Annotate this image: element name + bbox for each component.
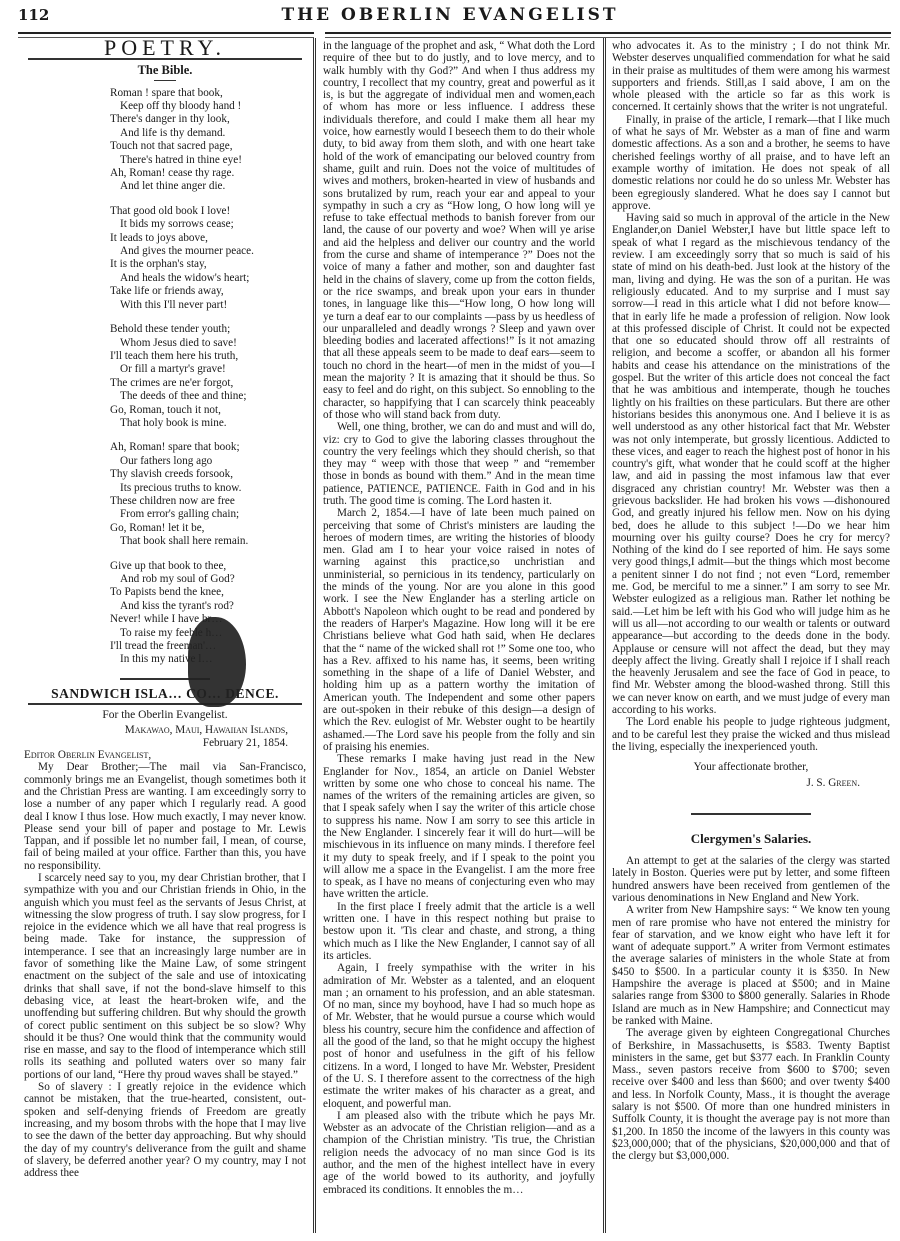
poem-line: To Papists bend the knee, [110, 586, 306, 599]
poem-title-rule [154, 80, 176, 81]
poem-line: Ah, Roman! cease thy rage. [110, 167, 306, 180]
paragraph: The average given by eighteen Congregati… [612, 1027, 890, 1162]
poem-line: Or fill a martyr's grave! [110, 363, 306, 376]
poem-line: And kiss the tyrant's rod? [110, 600, 306, 613]
column-1: POETRY. The Bible. Roman ! spare that bo… [24, 40, 306, 1179]
correspondence-divider [28, 703, 302, 705]
poem-line: That good old book I love! [110, 205, 306, 218]
paragraph: A writer from New Hampshire says: “ We k… [612, 904, 890, 1027]
dateline-place: Makawao, Maui, Hawaiian Islands, [24, 724, 306, 736]
paragraph: March 2, 1854.—I have of late been much … [323, 507, 595, 753]
poem-line: Behold these tender youth; [110, 323, 306, 336]
column-3: who advocates it. As to the ministry ; I… [612, 40, 890, 1163]
poem-line: Keep off thy bloody hand ! [110, 100, 306, 113]
salaries-article-body: An attempt to get at the salaries of the… [612, 855, 890, 1162]
paragraph: An attempt to get at the salaries of the… [612, 855, 890, 904]
poem-line: Whom Jesus died to save! [110, 337, 306, 350]
poem-line: And let thine anger die. [110, 180, 306, 193]
salaries-article-title: Clergymen's Salaries. [612, 833, 890, 845]
paragraph: I scarcely need say to you, my dear Chri… [24, 872, 306, 1081]
poem-line: Go, Roman! let it be, [110, 522, 306, 535]
letter-body-col1: My Dear Brother;—The mail via San-Franci… [24, 761, 306, 1179]
paragraph: Finally, in praise of the article, I rem… [612, 114, 890, 212]
column-divider-1 [313, 38, 316, 1233]
poem-line: These children now are free [110, 495, 306, 508]
poem-line: There's danger in thy look, [110, 113, 306, 126]
poem-line: Go, Roman, touch it not, [110, 404, 306, 417]
poem-stanza: Ah, Roman! spare that book;Our fathers l… [110, 441, 306, 548]
paragraph: who advocates it. As to the ministry ; I… [612, 40, 890, 114]
poem-line: Thy slavish creeds forsook, [110, 468, 306, 481]
paragraph: My Dear Brother;—The mail via San-Franci… [24, 761, 306, 872]
column-2: in the language of the prophet and ask, … [323, 40, 595, 1196]
poetry-section-title: POETRY. [24, 42, 306, 54]
signature: J. S. Green. [612, 777, 890, 789]
poem-line: It leads to joys above, [110, 232, 306, 245]
poem-line: It is the orphan's stay, [110, 258, 306, 271]
poem-line: Roman ! spare that book, [110, 87, 306, 100]
ink-blot [188, 617, 246, 707]
paragraph: The Lord enable his people to judge righ… [612, 716, 890, 753]
letter-body-col2: in the language of the prophet and ask, … [323, 40, 595, 1196]
poem-line: The crimes are ne'er forgot, [110, 377, 306, 390]
paragraph: These remarks I make having just read in… [323, 753, 595, 901]
paragraph: So of slavery : I greatly rejoice in the… [24, 1081, 306, 1179]
poem-line: Ah, Roman! spare that book; [110, 441, 306, 454]
poem-line: I'll teach them here his truth, [110, 350, 306, 363]
for-line: For the Oberlin Evangelist. [24, 709, 306, 721]
masthead: THE OBERLIN EVANGELIST [0, 5, 900, 25]
poem-line: Touch not that sacred page, [110, 140, 306, 153]
poem-line: Its precious truths to know. [110, 482, 306, 495]
paragraph: In the first place I freely admit that t… [323, 901, 595, 962]
salaries-title-rule [740, 848, 762, 849]
poem-line: The deeds of thee and thine; [110, 390, 306, 403]
paragraph: Well, one thing, brother, we can do and … [323, 421, 595, 507]
paragraph: Again, I freely sympathise with the writ… [323, 962, 595, 1110]
poem-line: From error's galling chain; [110, 508, 306, 521]
poem-stanza: Behold these tender youth;Whom Jesus die… [110, 323, 306, 430]
ornament-divider [691, 813, 811, 815]
poem-line: Our fathers long ago [110, 455, 306, 468]
paragraph: I am pleased also with the tribute which… [323, 1110, 595, 1196]
poem-line: And rob my soul of God? [110, 573, 306, 586]
poem-line: And heals the widow's heart; [110, 272, 306, 285]
paragraph: in the language of the prophet and ask, … [323, 40, 595, 421]
correspondence-section-title: SANDWICH ISLA… CO… DENCE. [24, 688, 306, 700]
salutation: Editor Oberlin Evangelist, [24, 749, 306, 761]
poem-line: There's hatred in thine eye! [110, 154, 306, 167]
signoff: Your affectionate brother, [612, 761, 890, 773]
paragraph: Having said so much in approval of the a… [612, 212, 890, 716]
poem-line: Give up that book to thee, [110, 560, 306, 573]
poem-line: Take life or friends away, [110, 285, 306, 298]
poem-line: That book shall here remain. [110, 535, 306, 548]
poem-line: With this I'll never part! [110, 299, 306, 312]
poem-body: Roman ! spare that book,Keep off thy blo… [24, 87, 306, 667]
poem-line: And life is thy demand. [110, 127, 306, 140]
poem-line: That holy book is mine. [110, 417, 306, 430]
letter-body-col3: who advocates it. As to the ministry ; I… [612, 40, 890, 753]
column-divider-2 [603, 38, 606, 1233]
poem-line: And gives the mourner peace. [110, 245, 306, 258]
dateline-date: February 21, 1854. [24, 737, 306, 749]
poem-line: It bids my sorrows cease; [110, 218, 306, 231]
poem-stanza: Roman ! spare that book,Keep off thy blo… [110, 87, 306, 194]
poem-stanza: That good old book I love!It bids my sor… [110, 205, 306, 312]
top-rule-right [325, 32, 891, 38]
poem-title: The Bible. [24, 64, 306, 76]
